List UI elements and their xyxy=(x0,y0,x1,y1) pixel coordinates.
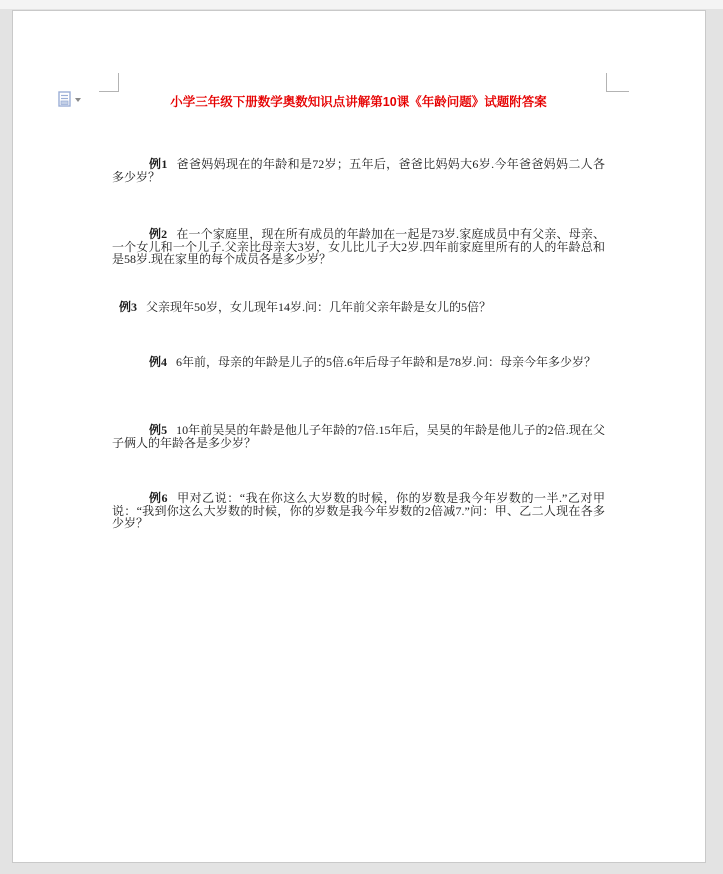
example-paragraph-3: 例3父亲现年50岁，女儿现年14岁.问：几年前父亲年龄是女儿的5倍？ xyxy=(112,301,605,314)
document-icon xyxy=(58,91,71,107)
text-boundary-mark-top-right xyxy=(606,73,629,92)
example-label: 例4 xyxy=(149,355,167,369)
window-top-strip xyxy=(0,0,723,9)
example-paragraph-2: 例2在一个家庭里，现在所有成员的年龄加在一起是73岁.家庭成员中有父亲、母亲、一… xyxy=(112,228,605,266)
page-title: 小学三年级下册数学奥数知识点讲解第10课《年龄问题》试题附答案 xyxy=(112,95,605,109)
example-text: 在一个家庭里，现在所有成员的年龄加在一起是73岁.家庭成员中有父亲、母亲、一个女… xyxy=(112,227,605,266)
example-paragraph-4: 例46年前，母亲的年龄是儿子的5倍.6年后母子年龄和是78岁.问：母亲今年多少岁… xyxy=(112,356,605,369)
text-boundary-mark-top-left xyxy=(99,73,119,92)
example-text: 10年前吴昊的年龄是他儿子年龄的7倍.15年后，吴昊的年龄是他儿子的2倍.现在父… xyxy=(112,423,605,450)
document-viewer: { "window": { "background_color": "#e3e3… xyxy=(0,0,723,874)
paste-options-button[interactable] xyxy=(58,89,98,109)
example-paragraph-6: 例6甲对乙说：“我在你这么大岁数的时候，你的岁数是我今年岁数的一半.”乙对甲说：… xyxy=(112,492,605,530)
example-paragraph-1: 例1爸爸妈妈现在的年龄和是72岁；五年后，爸爸比妈妈大6岁.今年爸爸妈妈二人各多… xyxy=(112,158,605,183)
chevron-down-icon xyxy=(75,98,81,102)
example-paragraph-5: 例510年前吴昊的年龄是他儿子年龄的7倍.15年后，吴昊的年龄是他儿子的2倍.现… xyxy=(112,424,605,449)
example-label: 例3 xyxy=(119,300,137,314)
example-text: 父亲现年50岁，女儿现年14岁.问：几年前父亲年龄是女儿的5倍？ xyxy=(146,300,491,314)
example-text: 6年前，母亲的年龄是儿子的5倍.6年后母子年龄和是78岁.问：母亲今年多少岁？ xyxy=(176,355,596,369)
document-page: 小学三年级下册数学奥数知识点讲解第10课《年龄问题》试题附答案 例1爸爸妈妈现在… xyxy=(12,10,706,863)
example-text: 爸爸妈妈现在的年龄和是72岁；五年后，爸爸比妈妈大6岁.今年爸爸妈妈二人各多少岁… xyxy=(112,157,605,184)
example-text: 甲对乙说：“我在你这么大岁数的时候，你的岁数是我今年岁数的一半.”乙对甲说：“我… xyxy=(112,491,605,530)
